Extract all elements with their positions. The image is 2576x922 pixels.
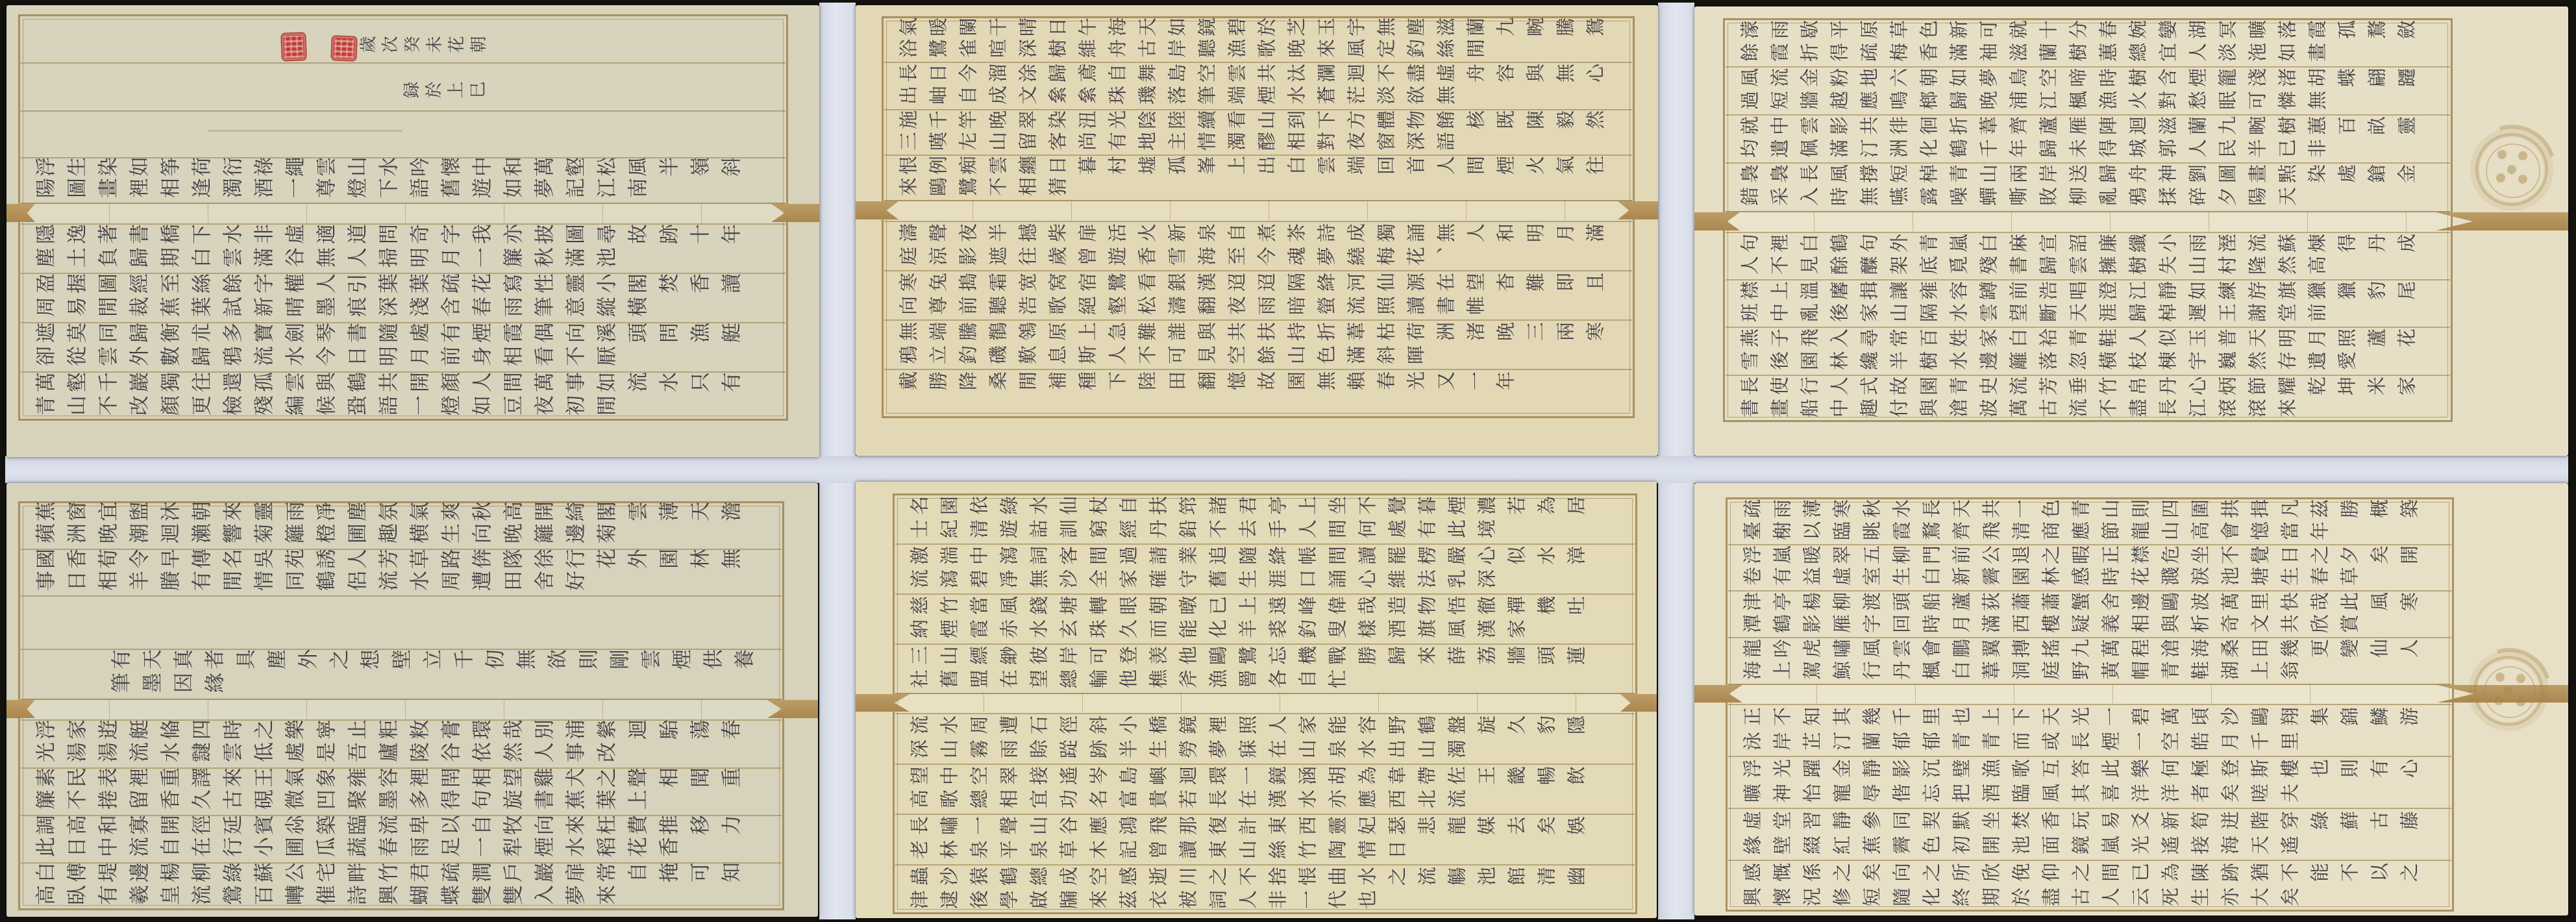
calligraphy-row-text: 濛雨歇平原草色新可就十分春婉孌湖冥曠落霞孤鶩斂餘霞折得疏梅香滿袖滋蘭樹蕙總宜人淡… bbox=[1740, 19, 2436, 65]
binding-band-divider bbox=[2014, 685, 2014, 703]
binding-band-divider bbox=[1466, 201, 1467, 220]
stamp-swirl-dot bbox=[2516, 697, 2525, 706]
binding-band-divider bbox=[1576, 694, 1576, 712]
calligraphy-row-text: 浮生染如筝荷衍祿繩雲山水吟懷中和萬壑松風半嶺斜陽圖畫裡相逢濁酒一尊燈下語舊遊如夢… bbox=[35, 158, 771, 201]
leaf-gap-strip bbox=[5, 456, 2568, 483]
calligraphy-row-text: 疏雨薄寒秋水長天共一色青山則四圍拱揖凡茲勝概築臺榭以臨眺霞鶩齊飛清商應節龍山高會… bbox=[1742, 499, 2437, 543]
calligraphy-row: 無端騰鶺鴒原上急難誰與共扶持折葦枯荷洲渚晚三兩寒鴉立釣磯歎息斯人不可見空餘山色滿… bbox=[898, 321, 1618, 368]
calligraphy-row-text: 長嘯一聲山谷應鴻飛那復計東西靈妃瑟悲龍媒去矣娛老林泉平泉草木記曾讀東山絲竹陶情日 bbox=[910, 815, 1620, 863]
binding-band-divider bbox=[1280, 694, 1280, 712]
calligraphy-row-text: 戴勝降桑閒補種下陸田翻憶故園無賴春光又一年 bbox=[898, 370, 1618, 417]
calligraphy-row: 素民表裡重譯來王氣象雍容裡閈相望雞犬之聲相聞重簾不捲留香久古硯微凹聚墨多得句旋書… bbox=[35, 769, 767, 814]
album-leaf-bottom-right: 疏雨薄寒秋水長天共一色青山則四圍拱揖凡茲勝概築臺榭以臨眺霞鶩齊飛清商應節龍山高會… bbox=[1694, 483, 2568, 916]
calligraphy-row: 長日今溜涂歸鳶自舞島空雲共汰瀾迴不盡虛舟容與無心出岫自成文絫絫珠璣落筆端煙水蒼茫… bbox=[898, 63, 1618, 108]
calligraphy-row-text: 三山縹緲彼岸可登羡他鷗鷺忘機戰勝歸來薛荔牆頭蓮社舊盟在望總輸他樵斧漁罾各自忙 bbox=[910, 645, 1620, 691]
binding-band-divider bbox=[2209, 212, 2209, 231]
calligraphy-row: 浮家逰艇偹四時之樂寜止粔籹膏環哉別浦縈迴駘蕩春光湯湯流水靆雲低處是吾廬陵谷依然人… bbox=[35, 721, 767, 766]
rule-line bbox=[895, 693, 1635, 694]
binding-band-divider bbox=[984, 694, 984, 712]
colophon-text: 歲次癸未花朝 bbox=[359, 26, 508, 66]
embossed-collection-stamp-bottom bbox=[2473, 656, 2544, 726]
album-leaf-bottom-middle: 名園依綠水仙杖自扶筇諸君亭上坐不覺暮煙濃若為居士紀清遊詁訓窮經丹鉛不去手人間何處… bbox=[856, 482, 1657, 918]
calligraphy-row-text: 長日今溜涂歸鳶自舞島空雲共汰瀾迴不盡虛舟容與無心出岫自成文絫絫珠璣落筆端煙水蒼茫… bbox=[898, 63, 1618, 108]
calligraphy-row: 國香荀令早傳名吳苑誘人芳草路倴隊徐行花外園林無事日相羊賸有閒情同鶴侶流水周遭田舍… bbox=[35, 550, 767, 594]
calligraphy-row-text: 裊裊長風撐短棹青山兩岸送歸舟神劉圖畫㸃染處鎗金錯采入時無嚥露噪蟬嘶敗柳亂鴉揉碎夕… bbox=[1740, 164, 2436, 210]
calligraphy-row-text: 萬壑千巖獨往還孤雲與鶴共開顏人間萬事如流水只有青山不改顏更檢殘編候蛩語一燈如豆夜… bbox=[35, 373, 771, 419]
binding-band-divider bbox=[405, 204, 406, 223]
calligraphy-row: 望中空翠接遙岑島嶼迴環一鏡涵胡為韋帶佐王畿暢飲高歌總相宜功名富貴若長在漢水亦應西… bbox=[910, 765, 1620, 812]
red-relief-seal-2 bbox=[330, 35, 357, 61]
binding-band-divider bbox=[109, 204, 110, 223]
colophon-line-1: 歲次癸未花朝 bbox=[359, 26, 508, 66]
calligraphy-row-text: 素民表裡重譯來王氣象雍容裡閈相望雞犬之聲相聞重簾不捲留香久古硯微凹聚墨多得句旋書… bbox=[35, 769, 767, 814]
calligraphy-row-text: 句裡白鶴句外青嵐白麻宣詔廉纖小雨溼流蘇煉得丹成人不見酴醾架底覓殘書歸雲擁樹失山村… bbox=[1740, 233, 2436, 278]
calligraphy-row-text: 有天真者具塵外之想壁立千仞無欲則剛雲煙供養筆墨因緣 bbox=[110, 650, 767, 697]
stamp-swirl-dot bbox=[2518, 175, 2527, 184]
binding-band-divider bbox=[2211, 685, 2212, 703]
calligraphy-row: 白傅堤邊楊柳綠蘇公宅畔竹君疏澗戶巖扉常自掩可知高臥有羲皇流鶯百囀催詩興蝴蝶雙雙入… bbox=[35, 864, 767, 909]
calligraphy-row: 浮光躍金靜影沉璧漁歌互答此樂何極登斯樓也則有心曠神怡寵辱偕忘把酒臨風其喜洋洋者矣… bbox=[1742, 757, 2437, 806]
stamp-center-dot bbox=[2504, 686, 2513, 695]
rule-line bbox=[1728, 704, 2451, 705]
rule-line bbox=[1728, 684, 2451, 685]
rule-line bbox=[1726, 232, 2450, 233]
calligraphy-row: 氣暖闌干晴日午海天如鏡碧於芝玉宇無塵滋蘭九畹騰鴛浴鷺雀喧深樹維舟古岸聽漁歌晚來風… bbox=[898, 18, 1618, 60]
calligraphy-row-text: 就中雲影共徘徊折葦齊蘆雁陣迴滋蘭九畹樹蕙百畝靈均遺佩滿汀洲化鶴千年歸未得城郭人民… bbox=[1740, 116, 2436, 161]
calligraphy-row-text: 施千竿晚翠染沑光陰陸續看山到下方體物餚核既陳毅然三嘆㔫山留客尚有地主情濁醪相對夜… bbox=[898, 110, 1618, 153]
calligraphy-row-text: 浮嵐暖翠五柳門前公退之暇正襟危坐不覺日之夕矣開卷有益虛室生白新霽園林感時花濺淚池… bbox=[1742, 545, 2437, 589]
binding-band-divider bbox=[1181, 694, 1182, 712]
binding-band-divider bbox=[504, 204, 504, 223]
rule-line bbox=[21, 595, 782, 597]
calligraphy-row-text: 感慨係之矣向之所欣俛仰之間已為陳跡猶不能不以之興懷況修短隨化終期於盡古人云死生亦… bbox=[1742, 861, 2437, 910]
calligraphy-row: 裊裊長風撐短棹青山兩岸送歸舟神劉圖畫㸃染處鎗金錯采入時無嚥露噪蟬嘶敗柳亂鴉揉碎夕… bbox=[1740, 164, 2436, 210]
calligraphy-row-text: 濤聲夜半撼柴扉活火新泉自煮茶詩成獨誦無人和明月滿庭涼影遮往歲曾遊香雪海至今魂夢繞… bbox=[898, 222, 1618, 269]
calligraphy-row-text: 龍吟虎嘯風雲會鵬翼摶搖九萬程滄海桑田幾更變仙人海上駕鯨行丹楓白葦洞庭野黃帽青鞋湖… bbox=[1742, 638, 2437, 682]
calligraphy-row-text: 襟上溫黁揖讓雍容罇前浩唱澄江靜如練斿旗獵獵豹尾班中亂後家山隔水雲望斷天涯歸棹遲王… bbox=[1740, 280, 2436, 325]
calligraphy-row: 疏雨薄寒秋水長天共一色青山則四圍拱揖凡茲勝概築臺榭以臨眺霞鶩齊飛清商應節龍山高會… bbox=[1742, 499, 2437, 543]
calligraphy-row: 長嘯一聲山谷應鴻飛那復計東西靈妃瑟悲龍媒去矣娛老林泉平泉草木記曾讀東山絲竹陶情日 bbox=[910, 815, 1620, 863]
binding-band-divider bbox=[2011, 212, 2012, 231]
calligraphy-row-text: 燕子飛入尋常百姓家白袷青鞋人似玉普天明月照蘆花雪後園林纔半樹水邊籬落忽橫枝棟宇巍… bbox=[1740, 328, 2436, 373]
binding-band-divider bbox=[405, 700, 406, 719]
calligraphy-row: 句裡白鶴句外青嵐白麻宣詔廉纖小雨溼流蘇煉得丹成人不見酴醾架底覓殘書歸雲擁樹失山村… bbox=[1740, 233, 2436, 278]
binding-band-divider bbox=[208, 700, 208, 719]
calligraphy-row: 感慨係之矣向之所欣俛仰之間已為陳跡猶不能不以之興懷況修短隨化終期於盡古人云死生亦… bbox=[1742, 861, 2437, 910]
binding-band bbox=[1728, 684, 2452, 704]
binding-band-divider bbox=[1816, 685, 1817, 703]
calligraphy-row: 施千竿晚翠染沑光陰陸續看山到下方體物餚核既陳毅然三嘆㔫山留客尚有地主情濁醪相對夜… bbox=[898, 110, 1618, 153]
calligraphy-row-text: 寒兔搗霜宽窝宿鷺看銀漢迢迢隔絳河仙源在望杳難即且向尊前聽浩歌絕壑松濤翻夜雨暗螢流… bbox=[898, 271, 1618, 318]
calligraphy-row: 風流金粉地六朝如夢鳥空啼時樹含煙籠淺渚胡蝶翩躚過短牆越應鳴榔歸晚浦江楓漁火對愁眠… bbox=[1740, 68, 2436, 113]
binding-band-divider bbox=[972, 201, 973, 220]
binding-band bbox=[20, 203, 786, 223]
calligraphy-row-text: 浮光躍金靜影沉璧漁歌互答此樂何極登斯樓也則有心曠神怡寵辱偕忘把酒臨風其喜洋洋者矣… bbox=[1742, 757, 2437, 806]
rule-line bbox=[21, 110, 786, 112]
album-leaf-bottom-left: 蕉窗宜盥沐朝來靈雨凈塵氛氣爽秋高開綺閣雲薄天澹蘋洲晚潮迴瀨響菊籬橙圃趣横生向晚籬… bbox=[6, 483, 818, 917]
binding-band-divider bbox=[2406, 212, 2407, 231]
rule-line bbox=[21, 699, 782, 700]
binding-band-divider bbox=[2310, 685, 2310, 703]
pencil-smudge bbox=[208, 130, 402, 132]
stamp-swirl-dot bbox=[2495, 673, 2505, 682]
binding-band-divider bbox=[602, 204, 603, 223]
calligraphy-row: 浮嵐暖翠五柳門前公退之暇正襟危坐不覺日之夕矣開卷有益虛室生白新霽園林感時花濺淚池… bbox=[1742, 545, 2437, 589]
calligraphy-row: 浮生染如筝荷衍祿繩雲山水吟懷中和萬壑松風半嶺斜陽圖畫裡相逢濁酒一尊燈下語舊遊如夢… bbox=[35, 158, 771, 201]
calligraphy-row-text: 盈握圖經至絲餘字權人引葉葉疏花寫性靈小閣焚香讀周易閒裁蕉葉試新晴墨痕深淺含春雨筆… bbox=[35, 274, 771, 321]
calligraphy-row-text: 望中空翠接遙岑島嶼迴環一鏡涵胡為韋帶佐王畿暢飲高歌總相宜功名富貴若長在漢水亦應西… bbox=[910, 765, 1620, 812]
embossed-collection-stamp-top bbox=[2475, 133, 2548, 206]
rule-line bbox=[895, 713, 1635, 714]
binding-band-divider bbox=[1082, 694, 1083, 712]
stamp-swirl-dot bbox=[2497, 150, 2507, 159]
calligraphy-row-text: 虛堂習靜參同契默坐焚香玩易爻新筍迸階穿綠蘚古藤緣壁綴紅蕉霽色初開池面鏡嵐光遙接海… bbox=[1742, 809, 2437, 858]
album-leaf-top-right: 濛雨歇平原草色新可就十分春婉孌湖冥曠落霞孤鶩斂餘霞折得疏梅香滿袖滋蘭樹蕙總宜人淡… bbox=[1694, 6, 2568, 456]
rule-line bbox=[1726, 211, 2450, 212]
calligraphy-row: 戴勝降桑閒補種下陸田翻憶故園無賴春光又一年 bbox=[898, 370, 1618, 417]
stamp-swirl-dot bbox=[2494, 696, 2503, 705]
binding-band-divider bbox=[1565, 201, 1565, 220]
calligraphy-row: 蟲沙猿鶴總成空感逝川之不捨悵曲水之流觴池館清幽津逮後學啟牖來茲衣被詞人非一代也 bbox=[910, 866, 1620, 913]
calligraphy-row: 長使行人式故園青史流芳垂竹帛丹心炳節耀乾坤米家書畫船中趣付與滄波萬古流不盡長江滾… bbox=[1740, 376, 2436, 421]
binding-band bbox=[895, 693, 1635, 713]
manuscript-photo: 浮生染如筝荷衍祿繩雲山水吟懷中和萬壑松風半嶺斜陽圖畫裡相逢濁酒一尊燈下語舊遊如夢… bbox=[0, 0, 2576, 922]
binding-band-divider bbox=[1378, 694, 1379, 712]
rule-line bbox=[884, 200, 1632, 201]
calligraphy-row-text: 遮莫同歸衡朮多寶劍琴書隨處有煙霞偶向溪頭問漁艇卻從雲外數歸鴉流水今日明月前身相看… bbox=[35, 323, 771, 370]
calligraphy-row: 濛雨歇平原草色新可就十分春婉孌湖冥曠落霞孤鶩斂餘霞折得疏梅香滿袖滋蘭樹蕙總宜人淡… bbox=[1740, 19, 2436, 65]
calligraphy-row-text: 白傅堤邊楊柳綠蘇公宅畔竹君疏澗戶巖扉常自掩可知高臥有羲皇流鶯百囀催詩興蝴蝶雙雙入… bbox=[35, 864, 767, 909]
album-leaf-top-middle: 氣暖闌干晴日午海天如鏡碧於芝玉宇無塵滋蘭九畹騰鴛浴鷺雀喧深樹維舟古岸聽漁歌晚來風… bbox=[856, 5, 1658, 456]
calligraphy-row: 激湍中瀉詞客間過請業追隨絳帳間讀罷楞嚴心似水漳流瀉碧凈無沙全家確守舊生涯口誦心維… bbox=[910, 545, 1620, 592]
calligraphy-row-text: 恨例痴雲纏日暮村墟孤峯上出白雲端回首人間煙火氣往來鷗鷺不相猜 bbox=[898, 156, 1618, 199]
binding-band-divider bbox=[208, 204, 208, 223]
calligraphy-row: 津亭楊柳渡頭船蘆荻蕭蕭蟹舍邊鷗波萬里快哉此風寒潭鶴影雁字回時月滿西樓疑義相與析奇… bbox=[1742, 592, 2437, 636]
binding-band-divider bbox=[602, 700, 603, 719]
binding-band-divider bbox=[701, 204, 702, 223]
calligraphy-row-text: 津亭楊柳渡頭船蘆荻蕭蕭蟹舍邊鷗波萬里快哉此風寒潭鶴影雁字回時月滿西樓疑義相與析奇… bbox=[1742, 592, 2437, 636]
binding-band-divider bbox=[1814, 212, 1814, 231]
calligraphy-row: 虛堂習靜參同契默坐焚香玩易爻新筍迸階穿綠蘚古藤緣壁綴紅蕉霽色初開池面鏡嵐光遙接海… bbox=[1742, 809, 2437, 858]
calligraphy-row-text: 正不知其幾千里也上下天光一碧萬頃沙鷗翔集錦鱗游泳岸芷汀蘭郁郁青青而或長煙一空皓月… bbox=[1742, 705, 2437, 754]
calligraphy-row-text: 蟲沙猿鶴總成空感逝川之不捨悵曲水之流觴池館清幽津逮後學啟牖來茲衣被詞人非一代也 bbox=[910, 866, 1620, 913]
binding-band bbox=[884, 200, 1633, 221]
calligraphy-row-text: 氣暖闌干晴日午海天如鏡碧於芝玉宇無塵滋蘭九畹騰鴛浴鷺雀喧深樹維舟古岸聽漁歌晚來風… bbox=[898, 18, 1618, 60]
red-relief-seal-1 bbox=[280, 32, 307, 61]
calligraphy-row: 有天真者具塵外之想壁立千仞無欲則剛雲煙供養筆墨因緣 bbox=[110, 650, 767, 697]
calligraphy-row: 流水周遭石徑斜小橋鏡裡照人家能容野鶴盤旋久豹隱深山霧雨賒踨跡半生勞夢寐在山泉水出… bbox=[910, 714, 1620, 762]
binding-band-divider bbox=[1913, 212, 1913, 231]
rule-line bbox=[884, 221, 1632, 222]
calligraphy-row-text: 名園依綠水仙杖自扶筇諸君亭上坐不覺暮煙濃若為居士紀清遊詁訓窮經丹鉛不去手人間何處… bbox=[910, 495, 1620, 542]
calligraphy-row-text: 隱逸著書橋下水非虛適道問奇字我亦披圖尋故跡十年塵土負歸期白雲滿谷無人掃明月一簾秋… bbox=[35, 225, 771, 271]
stamp-swirl-dot bbox=[2518, 151, 2527, 160]
binding-band-divider bbox=[504, 700, 504, 719]
calligraphy-row: 盈握圖經至絲餘字權人引葉葉疏花寫性靈小閣焚香讀周易閒裁蕉葉試新晴墨痕深淺含春雨筆… bbox=[35, 274, 771, 321]
calligraphy-row: 就中雲影共徘徊折葦齊蘆雁陣迴滋蘭九畹樹蕙百畝靈均遺佩滿汀洲化鶴千年歸未得城郭人民… bbox=[1740, 116, 2436, 161]
calligraphy-row-text: 慈竹當風錢塘轉眼朝暾已上遠峰偉哉造物悟徹禪機吐納煙霞赤水玄珠久而能化羊裘釣叟樣酒… bbox=[910, 595, 1620, 642]
stamp-swirl-dot bbox=[2496, 173, 2505, 182]
colophon-text: 録於上巳 bbox=[402, 73, 501, 110]
calligraphy-row-text: 國香荀令早傳名吳苑誘人芳草路倴隊徐行花外園林無事日相羊賸有閒情同鶴侶流水周遭田舍… bbox=[35, 550, 767, 594]
calligraphy-row-text: 流水周遭石徑斜小橋鏡裡照人家能容野鶴盤旋久豹隱深山霧雨賒踨跡半生勞夢寐在山泉水出… bbox=[910, 714, 1620, 762]
rule-line bbox=[21, 719, 782, 721]
calligraphy-row: 蕉窗宜盥沐朝來靈雨凈塵氛氣爽秋高開綺閣雲薄天澹蘋洲晚潮迴瀨響菊籬橙圃趣横生向晚籬… bbox=[35, 503, 767, 547]
calligraphy-row: 慈竹當風錢塘轉眼朝暾已上遠峰偉哉造物悟徹禪機吐納煙霞赤水玄珠久而能化羊裘釣叟樣酒… bbox=[910, 595, 1620, 642]
stamp-swirl-dot bbox=[2516, 674, 2525, 683]
binding-band-divider bbox=[1170, 201, 1170, 220]
binding-tape-tab-right bbox=[2436, 212, 2568, 230]
binding-band-divider bbox=[306, 204, 307, 223]
rule-line bbox=[21, 223, 786, 225]
binding-band-divider bbox=[1477, 694, 1478, 712]
calligraphy-row-text: 風流金粉地六朝如夢鳥空啼時樹含煙籠淺渚胡蝶翩躚過短牆越應鳴榔歸晚浦江楓漁火對愁眠… bbox=[1740, 68, 2436, 113]
calligraphy-row: 恨例痴雲纏日暮村墟孤峯上出白雲端回首人間煙火氣往來鷗鷺不相猜 bbox=[898, 156, 1618, 199]
binding-band-divider bbox=[1071, 201, 1072, 220]
calligraphy-row: 龍吟虎嘯風雲會鵬翼摶搖九萬程滄海桑田幾更變仙人海上駕鯨行丹楓白葦洞庭野黃帽青鞋湖… bbox=[1742, 638, 2437, 682]
calligraphy-row-text: 調高和寡開徑延賓尛築臨流卑以自牧向來枉費推移力此日中流自在行小圃瓜蔬春雨足一犁煙… bbox=[35, 816, 767, 861]
binding-band bbox=[20, 699, 782, 719]
binding-band-divider bbox=[1367, 201, 1368, 220]
calligraphy-row: 三山縹緲彼岸可登羡他鷗鷺忘機戰勝歸來薛荔牆頭蓮社舊盟在望總輸他樵斧漁罾各自忙 bbox=[910, 645, 1620, 691]
binding-band-divider bbox=[1915, 685, 1916, 703]
calligraphy-row: 襟上溫黁揖讓雍容罇前浩唱澄江靜如練斿旗獵獵豹尾班中亂後家山隔水雲望斷天涯歸棹遲王… bbox=[1740, 280, 2436, 325]
binding-band-divider bbox=[306, 700, 307, 719]
calligraphy-row: 燕子飛入尋常百姓家白袷青鞋人似玉普天明月照蘆花雪後園林纔半樹水邊籬落忽橫枝棟宇巍… bbox=[1740, 328, 2436, 373]
binding-band-divider bbox=[109, 700, 110, 719]
calligraphy-row: 名園依綠水仙杖自扶筇諸君亭上坐不覺暮煙濃若為居士紀清遊詁訓窮經丹鉛不去手人間何處… bbox=[910, 495, 1620, 542]
binding-band bbox=[1725, 211, 2451, 232]
binding-band-divider bbox=[2112, 685, 2113, 703]
calligraphy-row-text: 長使行人式故園青史流芳垂竹帛丹心炳節耀乾坤米家書畫船中趣付與滄波萬古流不盡長江滾… bbox=[1740, 376, 2436, 421]
rule-line bbox=[21, 203, 786, 204]
calligraphy-row: 隱逸著書橋下水非虛適道問奇字我亦披圖尋故跡十年塵土負歸期白雲滿谷無人掃明月一簾秋… bbox=[35, 225, 771, 271]
binding-band-divider bbox=[1269, 201, 1269, 220]
binding-band-divider bbox=[2307, 212, 2308, 231]
calligraphy-row-text: 蕉窗宜盥沐朝來靈雨凈塵氛氣爽秋高開綺閣雲薄天澹蘋洲晚潮迴瀨響菊籬橙圃趣横生向晚籬… bbox=[35, 503, 767, 547]
calligraphy-row: 寒兔搗霜宽窝宿鷺看銀漢迢迢隔絳河仙源在望杳難即且向尊前聽浩歌絕壑松濤翻夜雨暗螢流… bbox=[898, 271, 1618, 318]
calligraphy-row: 遮莫同歸衡朮多寶劍琴書隨處有煙霞偶向溪頭問漁艇卻從雲外數歸鴉流水今日明月前身相看… bbox=[35, 323, 771, 370]
calligraphy-row: 調高和寡開徑延賓尛築臨流卑以自牧向來枉費推移力此日中流自在行小圃瓜蔬春雨足一犁煙… bbox=[35, 816, 767, 861]
calligraphy-row-text: 無端騰鶺鴒原上急難誰與共扶持折葦枯荷洲渚晚三兩寒鴉立釣磯歎息斯人不可見空餘山色滿… bbox=[898, 321, 1618, 368]
calligraphy-row: 萬壑千巖獨往還孤雲與鶴共開顏人間萬事如流水只有青山不改顏更檢殘編候蛩語一燈如豆夜… bbox=[35, 373, 771, 419]
calligraphy-row: 濤聲夜半撼柴扉活火新泉自煮茶詩成獨誦無人和明月滿庭涼影遮往歲曾遊香雪海至今魂夢繞… bbox=[898, 222, 1618, 269]
binding-band-divider bbox=[2110, 212, 2111, 231]
calligraphy-row-text: 激湍中瀉詞客間過請業追隨絳帳間讀罷楞嚴心似水漳流瀉碧凈無沙全家確守舊生涯口誦心維… bbox=[910, 545, 1620, 592]
binding-band-divider bbox=[701, 700, 702, 719]
stamp-center-dot bbox=[2507, 165, 2516, 174]
calligraphy-row-text: 浮家逰艇偹四時之樂寜止粔籹膏環哉別浦縈迴駘蕩春光湯湯流水靆雲低處是吾廬陵谷依然人… bbox=[35, 721, 767, 766]
colophon-line-2: 録於上巳 bbox=[402, 73, 501, 110]
calligraphy-row: 正不知其幾千里也上下天光一碧萬頃沙鷗翔集錦鱗游泳岸芷汀蘭郁郁青青而或長煙一空皓月… bbox=[1742, 705, 2437, 754]
